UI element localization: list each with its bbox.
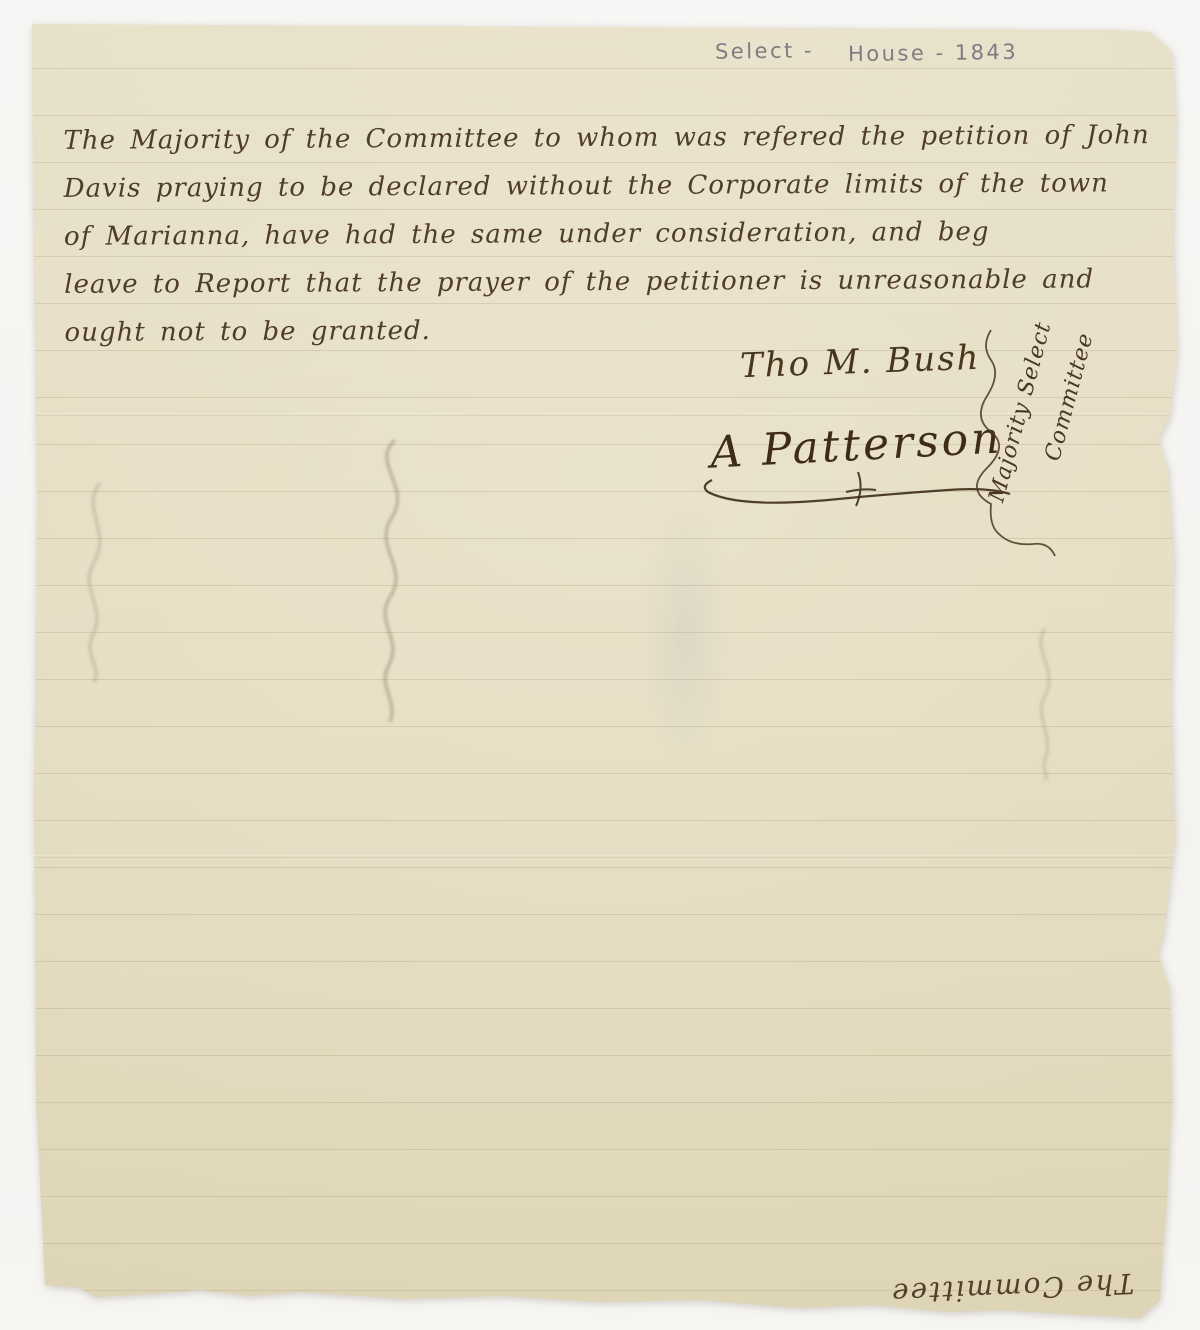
- document-page: Select - House - 1843 The Majority of th…: [30, 22, 1180, 1322]
- letter-line: leave to Report that the prayer of the p…: [64, 255, 1154, 309]
- letter-line: Davis praying to be declared without the…: [64, 159, 1154, 213]
- scan-background: { "annotations": { "pencil_select": "Sel…: [0, 0, 1200, 1330]
- letter-line: The Majority of the Committee to whom wa…: [63, 111, 1153, 165]
- signature-tho-m-bush: Tho M. Bush: [739, 338, 981, 386]
- ink-bleed-mark: [340, 432, 450, 732]
- signature-a-patterson: A Patterson: [709, 412, 1004, 478]
- ink-bleed-mark: [630, 462, 740, 802]
- ink-bleed-mark: [1005, 622, 1085, 782]
- pencil-annotation-select: Select -: [715, 37, 814, 64]
- ink-bleed-mark: [50, 477, 140, 687]
- upside-down-inscription: The Committee: [866, 1260, 1158, 1317]
- fold-crease: [30, 855, 1180, 858]
- pencil-annotation-house-year: House - 1843: [848, 39, 1019, 67]
- letter-body: The Majority of the Committee to whom wa…: [63, 111, 1154, 357]
- document-scan: Select - House - 1843 The Majority of th…: [0, 0, 1200, 1330]
- signature-flourish: [698, 470, 1018, 520]
- letter-line: of Marianna, have had the same under con…: [64, 207, 1154, 261]
- letter-line: ought not to be granted.: [64, 303, 1154, 357]
